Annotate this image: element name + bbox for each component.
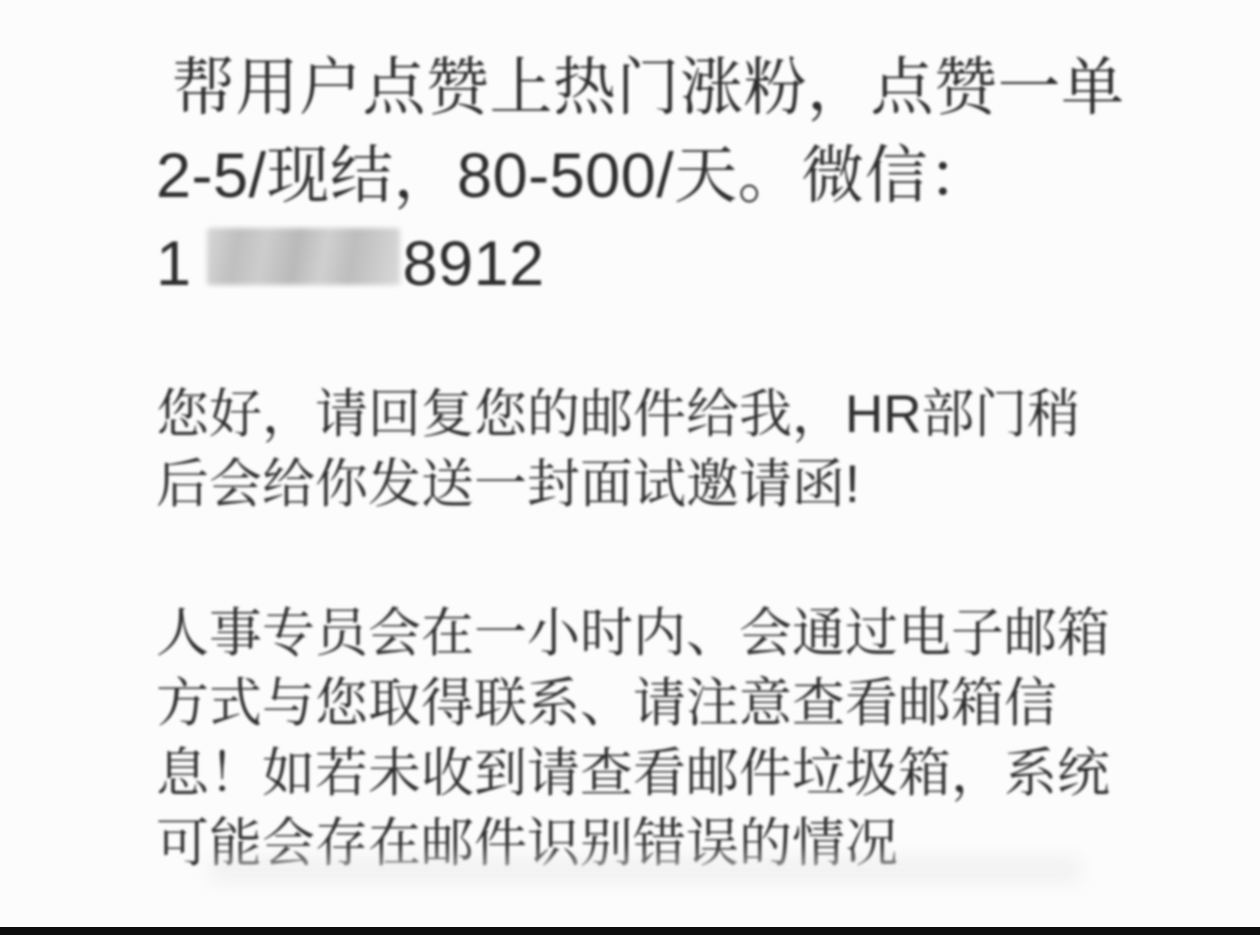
reply-request-message: 您好，请回复您的邮件给我，HR部门稍 后会给你发送一封面试邀请函!	[156, 380, 1081, 520]
reply-message-line-1: 您好，请回复您的邮件给我，HR部门稍	[156, 380, 1081, 450]
scam-message-line-2: 2-5/现结，80-500/天。微信：	[156, 132, 1125, 220]
wechat-number-suffix: 8912	[403, 229, 545, 299]
hr-contact-message: 人事专员会在一小时内、会通过电子邮箱 方式与您取得联系、请注意查看邮箱信 息！如…	[156, 599, 1110, 879]
hr-message-line-3: 息！如若未收到请查看邮件垃圾箱，系统	[156, 739, 1110, 809]
redacted-digits-blur	[207, 228, 400, 285]
hr-message-line-2: 方式与您取得联系、请注意查看邮箱信	[156, 669, 1110, 739]
hr-message-line-1: 人事专员会在一小时内、会通过电子邮箱	[156, 599, 1110, 669]
wechat-number-line: 18912	[156, 220, 1125, 308]
job-scam-message: 帮用户点赞上热门涨粉，点赞一单 2-5/现结，80-500/天。微信： 1891…	[156, 44, 1125, 308]
faded-ink-smudge	[210, 857, 1080, 883]
message-screenshot: 帮用户点赞上热门涨粉，点赞一单 2-5/现结，80-500/天。微信： 1891…	[0, 0, 1260, 935]
wechat-number-prefix: 1	[156, 229, 192, 299]
reply-message-line-2: 后会给你发送一封面试邀请函!	[156, 450, 1081, 520]
scam-message-line-1: 帮用户点赞上热门涨粉，点赞一单	[156, 44, 1125, 132]
bottom-border-bar	[0, 927, 1260, 935]
